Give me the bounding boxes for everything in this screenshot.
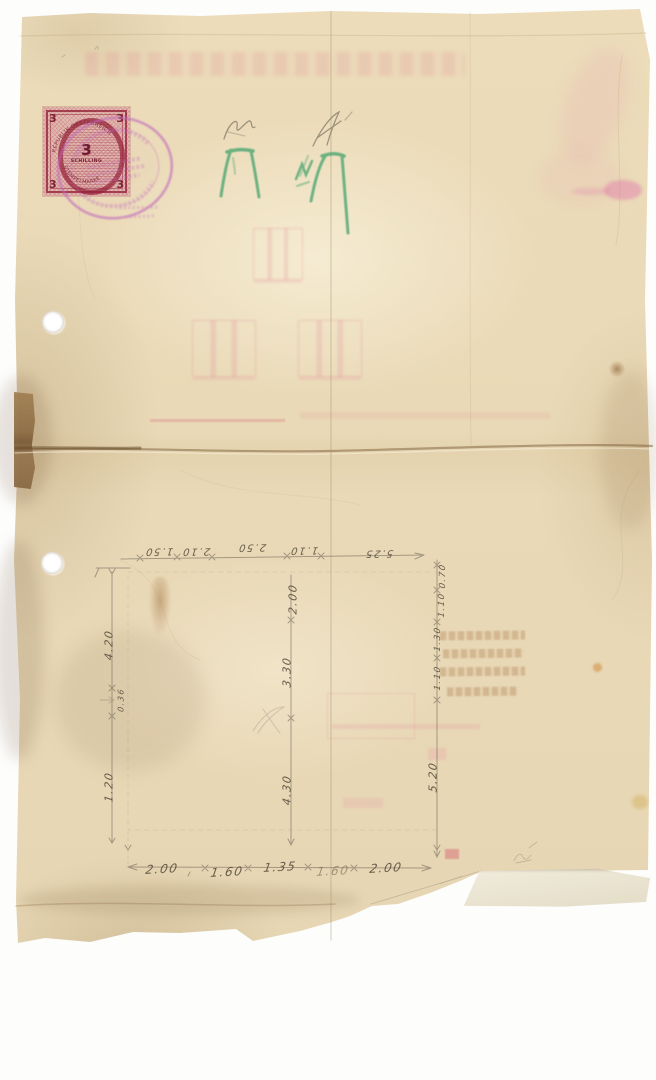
dim-label-bottom-1: 2.00 — [145, 861, 180, 877]
dim-label-top-4: 1.10 — [289, 544, 319, 556]
dim-label-bottom-2: 1.60 — [210, 864, 245, 880]
dim-label-top-1: 1.50 — [144, 545, 174, 557]
dim-label-right-2: 1.10 — [437, 592, 447, 618]
torn-paper-flap — [458, 868, 652, 907]
dim-label-top-3: 2.50 — [237, 541, 267, 553]
dim-label-right-3: 1.30 — [433, 626, 443, 652]
dim-label-bottom-4: 1.60 — [316, 863, 351, 879]
scanned-document: 3 3 3 3 REPUBLIK OESTERREICH STEMPELMARK… — [0, 0, 656, 1080]
dim-label-middle-2: 3.30 — [281, 656, 294, 688]
dim-label-top-2: 2.10 — [181, 545, 211, 557]
dim-label-right-5: 5.20 — [427, 761, 440, 793]
dim-label-right-1: 0.70 — [438, 563, 448, 589]
dim-label-bottom-3: 1.35 — [263, 859, 298, 875]
dim-label-left-3: 1.20 — [103, 771, 116, 803]
dim-label-left-2: 0.36 — [117, 687, 126, 712]
cancellation-stamp — [50, 109, 180, 231]
green-crayon-marks — [221, 150, 348, 233]
dim-label-bottom-5: 2.00 — [369, 860, 404, 876]
dim-label-left-1: 4.20 — [103, 629, 116, 661]
dim-label-middle-3: 4.30 — [281, 774, 294, 806]
dim-label-middle-1: 2.00 — [287, 583, 300, 615]
dim-label-top-5: 5.25 — [364, 547, 394, 559]
dim-label-right-4: 1.10 — [433, 665, 443, 691]
